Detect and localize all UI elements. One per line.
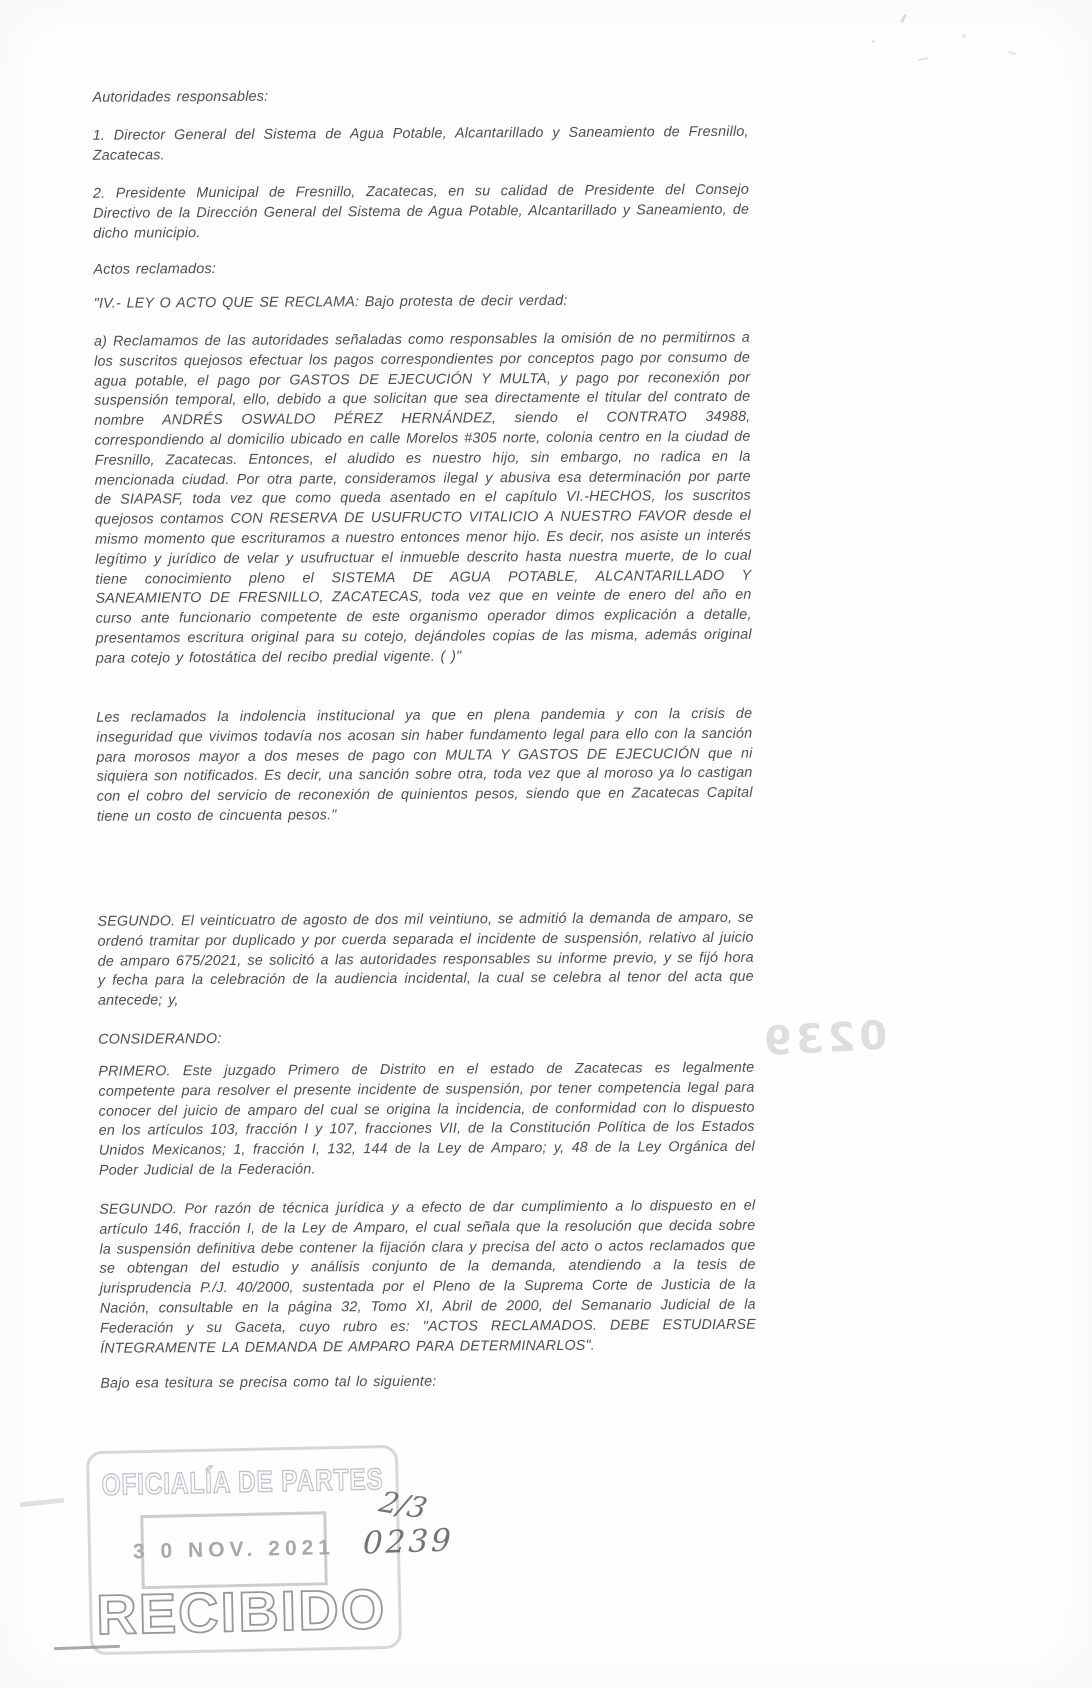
recibido-stamp-label: RECIBIDO: [96, 1577, 387, 1646]
date-stamp-label: 3 0 NOV. 2021: [133, 1536, 335, 1564]
oficialia-de-partes-stamp-text: OFICIALÍA DE PARTES: [99, 1452, 390, 1508]
paragraph-bajo-tesitura: Bajo esa tesitura se precisa como tal lo…: [100, 1371, 756, 1395]
recibido-stamp: OFICIALÍA DE PARTES 3 0 NOV. 2021 RECIBI…: [86, 1445, 402, 1655]
recibido-stamp-text: RECIBIDO: [92, 1570, 394, 1651]
paragraph-considerando-segundo: SEGUNDO. Por razón de técnica jurídica y…: [99, 1197, 756, 1359]
paragraph-ley-acto-titulo: "IV.- LEY O ACTO QUE SE RECLAMA: Bajo pr…: [94, 291, 750, 315]
actos-heading: Actos reclamados:: [93, 257, 749, 281]
paragraph-indolencia: Les reclamados la indolencia institucion…: [96, 705, 753, 828]
autoridades-heading: Autoridades responsables:: [92, 85, 748, 109]
scan-speck: [962, 34, 966, 38]
document-text-layer: Autoridades responsables: 1. Director Ge…: [0, 0, 1092, 1688]
paragraph-segundo-resultando: SEGUNDO. El veinticuatro de agosto de do…: [97, 909, 754, 1012]
considerando-heading: CONSIDERANDO:: [98, 1027, 754, 1051]
handwritten-folio-number: 0239: [362, 1522, 454, 1561]
oficialia-stamp-label: OFICIALÍA DE PARTES: [101, 1462, 384, 1502]
paragraph-reclamo-inciso-a: a) Reclamamos de las autoridades señalad…: [94, 329, 752, 670]
handwritten-page-fraction: 2/3: [376, 1485, 431, 1525]
bleedthrough-folio-number: 0239: [759, 1013, 889, 1066]
scan-speck: [872, 40, 875, 43]
scanned-document-page: Autoridades responsables: 1. Director Ge…: [0, 0, 1092, 1688]
paragraph-considerando-primero: PRIMERO. Este juzgado Primero de Distrit…: [98, 1059, 755, 1182]
paragraph-autoridad-2: 2. Presidente Municipal de Fresnillo, Za…: [93, 181, 749, 244]
paragraph-autoridad-1: 1. Director General del Sistema de Agua …: [93, 123, 749, 167]
